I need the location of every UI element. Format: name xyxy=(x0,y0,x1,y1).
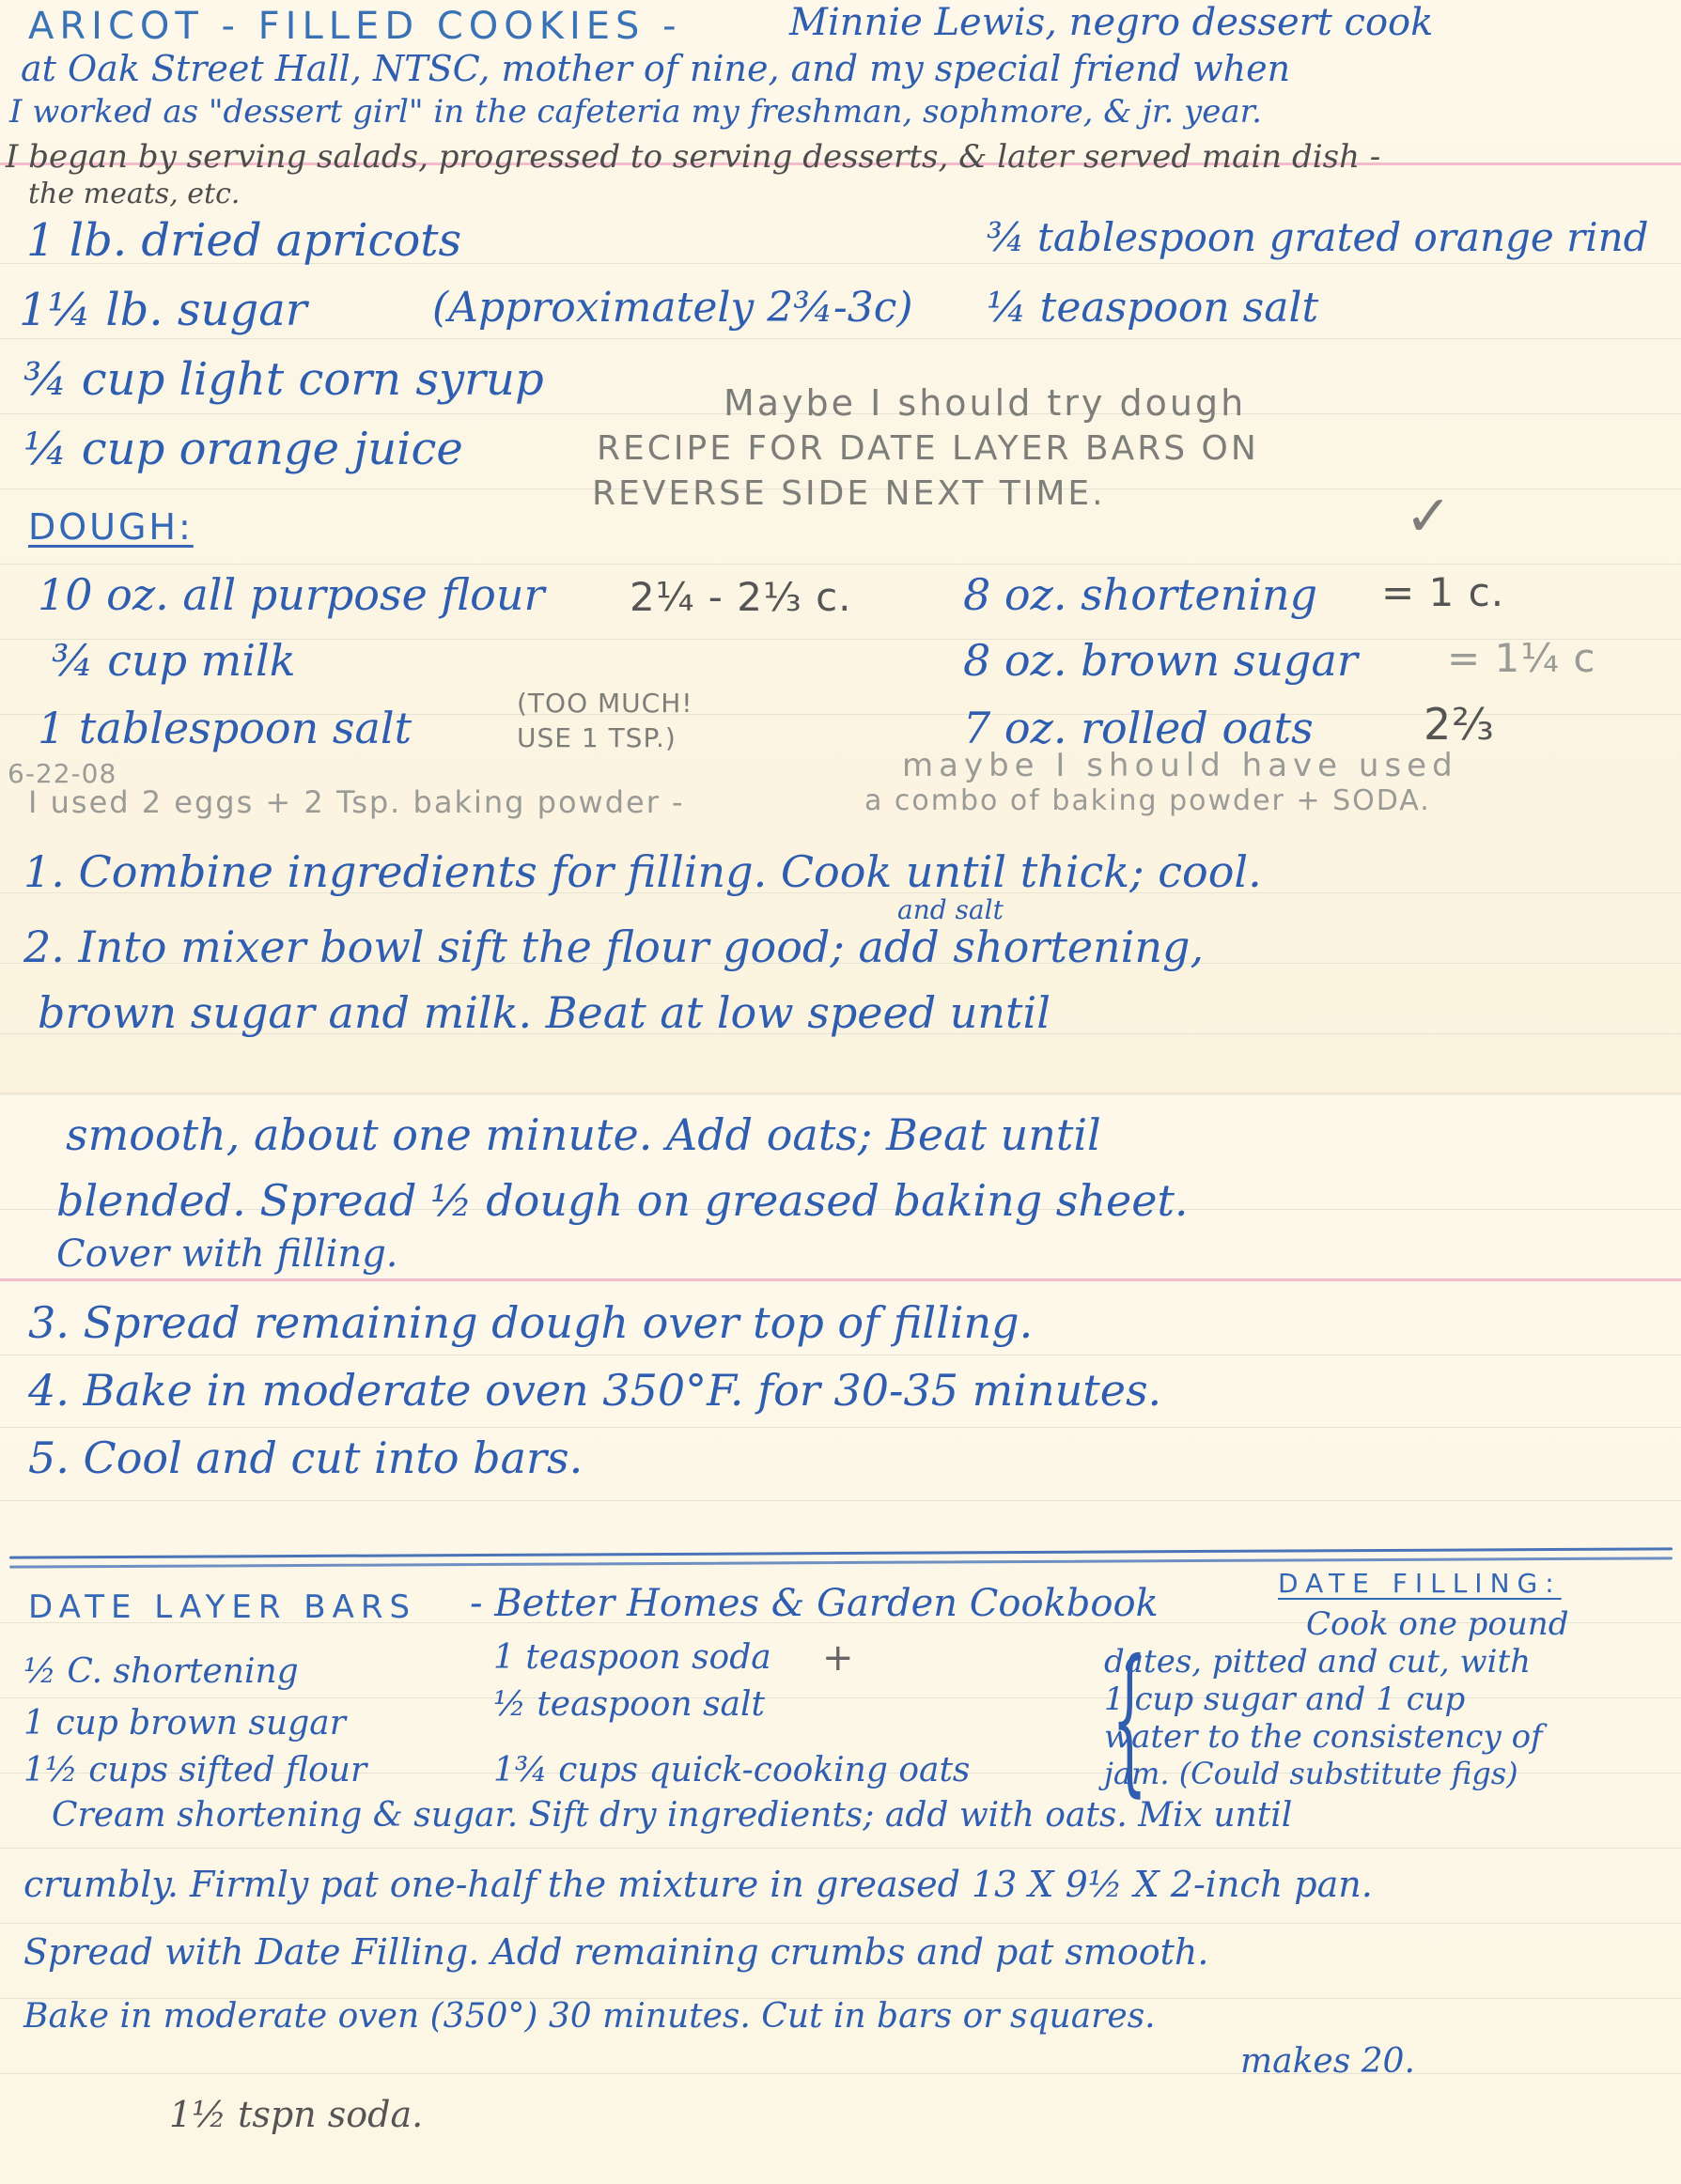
ingredient-item: ¼ teaspoon salt xyxy=(987,287,1318,329)
step-line: smooth, about one minute. Add oats; Beat… xyxy=(66,1113,1101,1156)
dough-ingredient: 1 tablespoon salt xyxy=(38,706,412,750)
date-bars-instruction: Cream shortening & sugar. Sift dry ingre… xyxy=(52,1799,1292,1833)
step2-insert: and salt xyxy=(897,897,1004,923)
header-note-line: at Oak Street Hall, NTSC, mother of nine… xyxy=(21,51,1290,86)
ingredient-item: ¾ tablespoon grated orange rind xyxy=(987,218,1649,257)
pencil-header-note: the meats, etc. xyxy=(28,180,240,209)
ingredient-item: 1¼ lb. sugar xyxy=(19,287,307,333)
ingredient-item: ¼ cup orange juice xyxy=(23,426,463,472)
apricot-recipe-card: ARICOT - FILLED COOKIES - Minnie Lewis, … xyxy=(0,0,1681,1094)
step-line: 5. Cool and cut into bars. xyxy=(28,1436,583,1479)
step-line: blended. Spread ½ dough on greased bakin… xyxy=(56,1179,1189,1222)
dated-note-line: a combo of baking powder + SODA. xyxy=(864,787,1431,815)
ruled-line xyxy=(0,564,1681,565)
pencil-note-try: REVERSE SIDE NEXT TIME. xyxy=(592,477,1106,511)
date-bars-instruction: Bake in moderate oven (350°) 30 minutes.… xyxy=(23,2000,1156,2034)
date-bars-ingredient: ½ C. shortening xyxy=(23,1655,299,1689)
date-bars-ingredient: 1 cup brown sugar xyxy=(23,1707,346,1741)
sugar-note: (Approximately 2¾-3c) xyxy=(432,287,913,329)
date-bars-source: - Better Homes & Garden Cookbook xyxy=(470,1585,1159,1622)
date-bars-instruction: Spread with Date Filling. Add remaining … xyxy=(23,1934,1208,1970)
step-line: 4. Bake in moderate oven 350°F. for 30-3… xyxy=(28,1369,1161,1412)
step-line: 3. Spread remaining dough over top of fi… xyxy=(28,1301,1033,1344)
dated-note-date: 6-22-08 xyxy=(8,761,117,787)
step-line: brown sugar and milk. Beat at low speed … xyxy=(38,991,1051,1034)
dough-pencil-note: 2⅔ xyxy=(1424,703,1495,746)
ruled-line xyxy=(0,1923,1681,1924)
date-bars-title: DATE LAYER BARS xyxy=(28,1591,416,1623)
header-note-line: I worked as "dessert girl" in the cafete… xyxy=(9,96,1262,128)
salt-pencil-note: USE 1 TSP.) xyxy=(517,725,677,751)
date-filling-text: dates, pitted and cut, with xyxy=(1104,1646,1531,1678)
section-divider xyxy=(9,1557,1673,1568)
date-bars-ingredient: 1½ cups sifted flour xyxy=(23,1754,366,1788)
date-filling-text: 1 cup sugar and 1 cup xyxy=(1104,1683,1465,1715)
dough-ingredient: 10 oz. all purpose flour xyxy=(38,573,544,616)
date-bars-instruction: crumbly. Firmly pat one-half the mixture… xyxy=(23,1866,1373,1902)
date-filling-text: water to the consistency of xyxy=(1104,1721,1543,1753)
brace-icon: { xyxy=(1112,1639,1147,1799)
ruled-line xyxy=(0,1355,1681,1355)
ruled-line xyxy=(0,338,1681,339)
card-rule xyxy=(0,1278,1681,1281)
salt-pencil-note: (TOO MUCH! xyxy=(517,690,693,717)
dough-pencil-note: = 1¼ c xyxy=(1447,639,1595,678)
ingredient-item: 1 lb. dried apricots xyxy=(26,218,461,263)
ruled-line xyxy=(0,1848,1681,1849)
step-line: Cover with filling. xyxy=(56,1235,398,1273)
apricot-recipe-continuation: smooth, about one minute. Add oats; Beat… xyxy=(0,1096,1681,2184)
dough-pencil-note: = 1 c. xyxy=(1381,573,1504,612)
dated-note-line: I used 2 eggs + 2 Tsp. baking powder - xyxy=(28,787,685,817)
flour-pencil-note: 2¼ - 2⅓ c. xyxy=(630,578,852,617)
date-filling-heading: DATE FILLING: xyxy=(1278,1571,1562,1597)
ingredient-item: ¾ cup light corn syrup xyxy=(23,357,544,402)
ruled-line xyxy=(0,1427,1681,1428)
pencil-header-note: I began by serving salads, progressed to… xyxy=(6,141,1380,173)
date-filling-text: jam. (Could substitute figs) xyxy=(1104,1758,1518,1789)
pencil-note-try: Maybe I should try dough xyxy=(724,385,1246,421)
dough-ingredient: 8 oz. shortening xyxy=(963,573,1317,616)
checkmark-icon: ✓ xyxy=(1405,488,1455,545)
pencil-soda-note: 1½ tspn soda. xyxy=(169,2097,423,2132)
date-filling-text: Cook one pound xyxy=(1306,1608,1568,1640)
ruled-line xyxy=(0,1500,1681,1501)
dough-ingredient: 8 oz. brown sugar xyxy=(963,639,1358,682)
date-bars-ingredient: 1¾ cups quick-cooking oats xyxy=(493,1754,970,1788)
step-line: 2. Into mixer bowl sift the flour good; … xyxy=(23,925,1204,968)
date-bars-ingredient: ½ teaspoon salt xyxy=(493,1688,765,1722)
pencil-note-try: RECIPE FOR DATE LAYER BARS ON xyxy=(597,432,1259,466)
recipe-title: ARICOT - FILLED COOKIES - xyxy=(28,8,682,45)
date-bars-ingredient: 1 teaspoon soda xyxy=(493,1641,771,1675)
soda-pencil-mark: + xyxy=(822,1639,857,1677)
date-bars-yield: makes 20. xyxy=(1240,2045,1415,2079)
step-line: 1. Combine ingredients for filling. Cook… xyxy=(23,850,1262,893)
header-note-line: Minnie Lewis, negro dessert cook xyxy=(789,4,1433,41)
dough-ingredient: ¾ cup milk xyxy=(52,639,296,682)
dough-ingredient: 7 oz. rolled oats xyxy=(963,706,1314,750)
dated-note-line: maybe I should have used xyxy=(902,750,1458,782)
dough-heading: DOUGH: xyxy=(28,509,194,545)
ruled-line xyxy=(0,2073,1681,2074)
